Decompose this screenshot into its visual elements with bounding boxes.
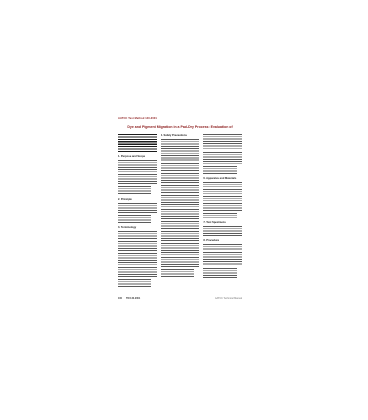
section-heading-principle: 2. Principle bbox=[118, 198, 157, 201]
section-heading-safety: 4. Safety Precautions bbox=[161, 134, 200, 137]
section-heading-apparatus: 6. Apparatus and Materials bbox=[203, 177, 242, 180]
paragraph-block bbox=[161, 185, 200, 193]
paragraph-block bbox=[203, 244, 242, 250]
list-item-block bbox=[203, 189, 242, 194]
document-title: Dye and Pigment Migration in a Pad-Dry P… bbox=[118, 125, 242, 129]
safety-note-paragraph bbox=[161, 139, 200, 161]
list-item-block bbox=[203, 196, 242, 201]
paragraph-block bbox=[203, 252, 242, 266]
paragraph-block bbox=[118, 160, 157, 172]
text-column-3: 6. Apparatus and Materials 7. Test Speci… bbox=[203, 134, 242, 293]
paragraph-block bbox=[161, 195, 200, 207]
paragraph-block bbox=[161, 231, 200, 241]
paragraph-block bbox=[161, 221, 200, 229]
paragraph-block bbox=[118, 174, 157, 184]
paragraph-block bbox=[203, 152, 242, 164]
manual-name: AATCC Technical Manual bbox=[215, 297, 242, 300]
paragraph-block bbox=[118, 186, 151, 195]
paragraph-block bbox=[161, 209, 200, 219]
paragraph-block bbox=[118, 241, 157, 251]
paragraph-block bbox=[118, 279, 151, 288]
paragraph-block bbox=[118, 253, 157, 265]
paragraph-block bbox=[203, 134, 242, 150]
paragraph-block bbox=[118, 231, 157, 239]
text-column-1: 1. Purpose and Scope 2. Principle 3. Ter… bbox=[118, 134, 157, 293]
paragraph-block bbox=[118, 267, 157, 277]
section-heading-terminology: 3. Terminology bbox=[118, 226, 157, 229]
page-number: 100 bbox=[118, 297, 122, 300]
footer-left: 100 TM 140-2001 bbox=[118, 297, 140, 300]
paragraph-block bbox=[161, 257, 200, 267]
document-page: AATCC Test Method 140-2001 Dye and Pigme… bbox=[115, 113, 245, 303]
page-footer: 100 TM 140-2001 AATCC Technical Manual bbox=[118, 297, 242, 300]
paragraph-block bbox=[203, 268, 236, 278]
text-columns: 1. Purpose and Scope 2. Principle 3. Ter… bbox=[118, 134, 242, 293]
list-item-block bbox=[203, 182, 242, 187]
developer-credit-paragraph bbox=[118, 134, 157, 152]
paragraph-block bbox=[203, 226, 242, 236]
document-preview-canvas: AATCC Test Method 140-2001 Dye and Pigme… bbox=[0, 0, 368, 420]
list-item-block bbox=[203, 203, 242, 211]
paragraph-block bbox=[161, 163, 200, 171]
list-item-block bbox=[203, 213, 236, 218]
method-designation: AATCC Test Method 140-2001 bbox=[118, 117, 242, 120]
section-heading-procedure: 8. Procedure bbox=[203, 239, 242, 242]
paragraph-block bbox=[118, 215, 151, 223]
method-number: TM 140-2001 bbox=[126, 297, 140, 300]
paragraph-block bbox=[203, 166, 236, 174]
paragraph-block bbox=[118, 203, 157, 213]
section-heading-specimens: 7. Test Specimens bbox=[203, 221, 242, 224]
paragraph-block bbox=[161, 243, 200, 255]
section-heading-purpose: 1. Purpose and Scope bbox=[118, 155, 157, 158]
paragraph-block bbox=[161, 269, 194, 278]
paragraph-block bbox=[161, 173, 200, 183]
text-column-2: 4. Safety Precautions bbox=[161, 134, 200, 293]
